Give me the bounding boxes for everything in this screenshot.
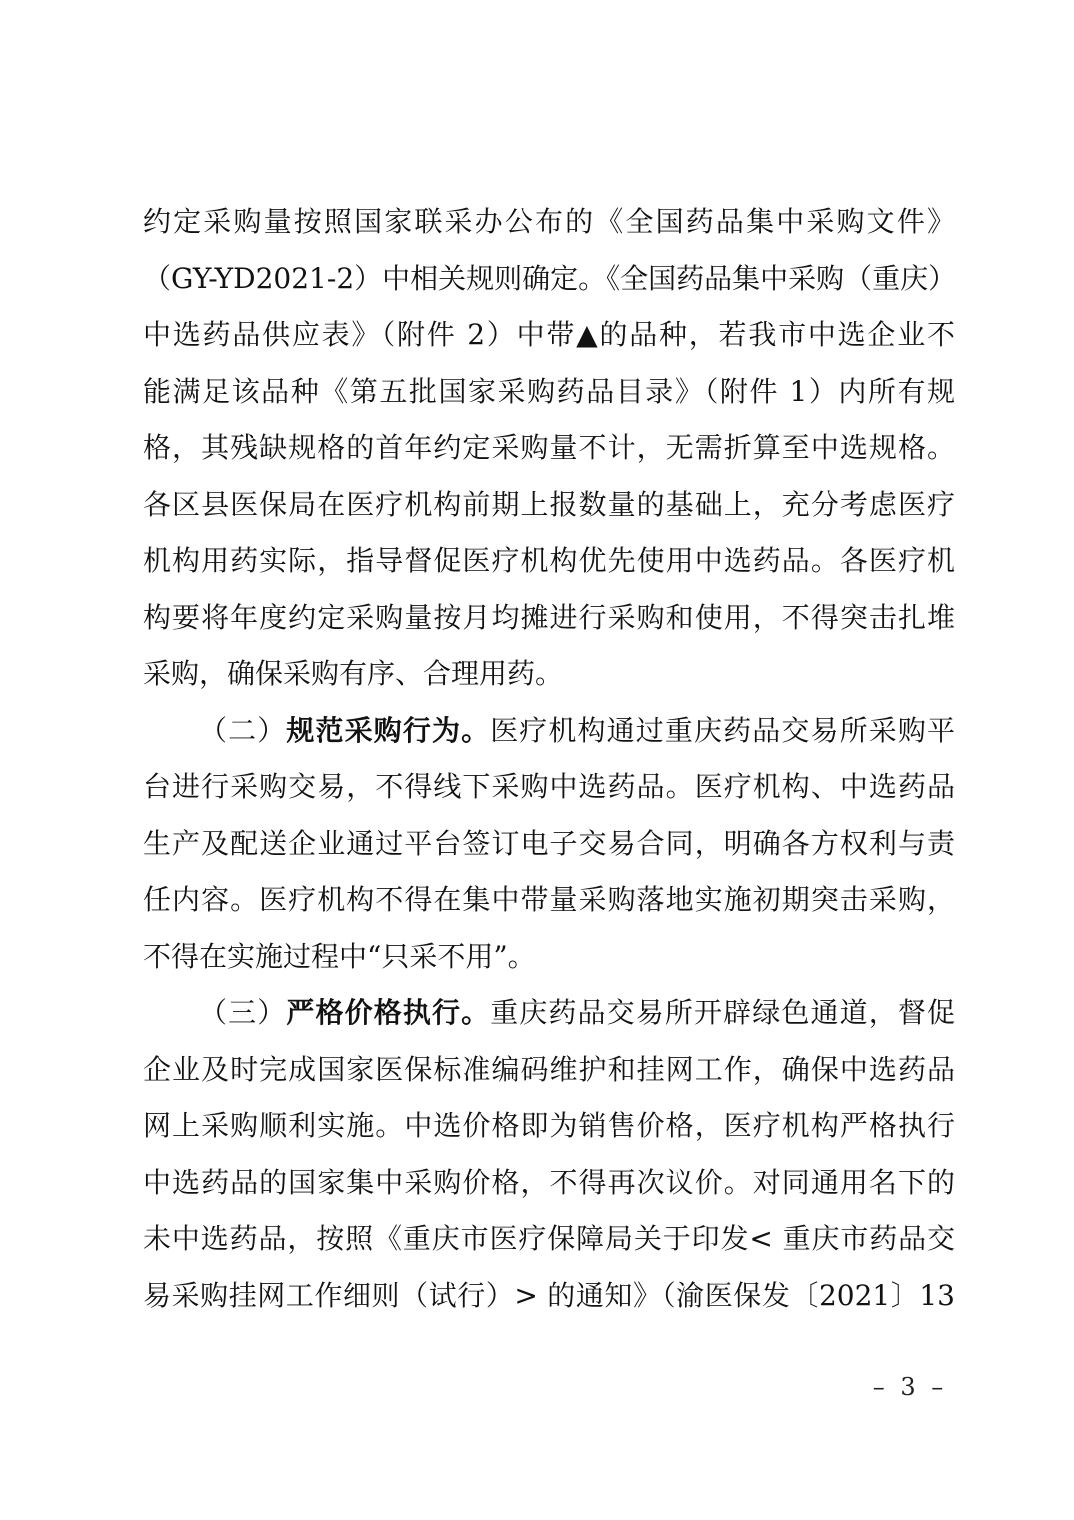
text-line: （二）规范采购行为。医疗机构通过重庆药品交易所采购平 [143, 703, 955, 760]
text-line: （GY-YD2021-2）中相关规则确定。《全国药品集中采购（重庆） [143, 251, 955, 308]
text-line: 各区县医保局在医疗机构前期上报数量的基础上，充分考虑医疗 [143, 477, 955, 534]
page-number: – 3 – [820, 1372, 1000, 1402]
text-line: 台进行采购交易，不得线下采购中选药品。医疗机构、中选药品 [143, 759, 955, 816]
section-title: 严格价格执行。 [286, 996, 490, 1029]
text-line: 任内容。医疗机构不得在集中带量采购落地实施初期突击采购， [143, 872, 955, 929]
section-title: 规范采购行为。 [286, 714, 490, 747]
document-page: 约定采购量按照国家联采办公布的《全国药品集中采购文件》 （GY-YD2021-2… [0, 0, 1074, 1520]
text-line: 易采购挂网工作细则（试行）> 的通知》（渝医保发〔2021〕13 [143, 1268, 955, 1325]
text-line: 能满足该品种《第五批国家采购药品目录》（附件 1）内所有规 [143, 364, 955, 421]
text-line: 网上采购顺利实施。中选价格即为销售价格，医疗机构严格执行 [143, 1098, 955, 1155]
text-line: 采购，确保采购有序、合理用药。 [143, 646, 955, 703]
text-run: 医疗机构通过重庆药品交易所采购平 [490, 714, 955, 747]
text-line: 机构用药实际，指导督促医疗机构优先使用中选药品。各医疗机 [143, 533, 955, 590]
section-marker: （二） [199, 714, 286, 747]
text-line: 未中选药品，按照《重庆市医疗保障局关于印发< 重庆市药品交 [143, 1211, 955, 1268]
text-line: 构要将年度约定采购量按月均摊进行采购和使用，不得突击扎堆 [143, 590, 955, 647]
text-run: 重庆药品交易所开辟绿色通道，督促 [490, 996, 955, 1029]
paragraph-2: （二）规范采购行为。医疗机构通过重庆药品交易所采购平 台进行采购交易，不得线下采… [143, 703, 955, 986]
text-line: 中选药品供应表》（附件 2）中带▲的品种，若我市中选企业不 [143, 307, 955, 364]
text-line: 约定采购量按照国家联采办公布的《全国药品集中采购文件》 [143, 194, 955, 251]
document-body: 约定采购量按照国家联采办公布的《全国药品集中采购文件》 （GY-YD2021-2… [143, 194, 955, 1324]
section-marker: （三） [199, 996, 286, 1029]
text-line: （三）严格价格执行。重庆药品交易所开辟绿色通道，督促 [143, 985, 955, 1042]
text-line: 格，其残缺规格的首年约定采购量不计，无需折算至中选规格。 [143, 420, 955, 477]
text-line: 生产及配送企业通过平台签订电子交易合同，明确各方权利与责 [143, 816, 955, 873]
paragraph-3: （三）严格价格执行。重庆药品交易所开辟绿色通道，督促 企业及时完成国家医保标准编… [143, 985, 955, 1324]
text-line: 中选药品的国家集中采购价格，不得再次议价。对同通用名下的 [143, 1155, 955, 1212]
text-line: 不得在实施过程中“只采不用”。 [143, 929, 955, 986]
paragraph-1: 约定采购量按照国家联采办公布的《全国药品集中采购文件》 （GY-YD2021-2… [143, 194, 955, 703]
text-line: 企业及时完成国家医保标准编码维护和挂网工作，确保中选药品 [143, 1042, 955, 1099]
